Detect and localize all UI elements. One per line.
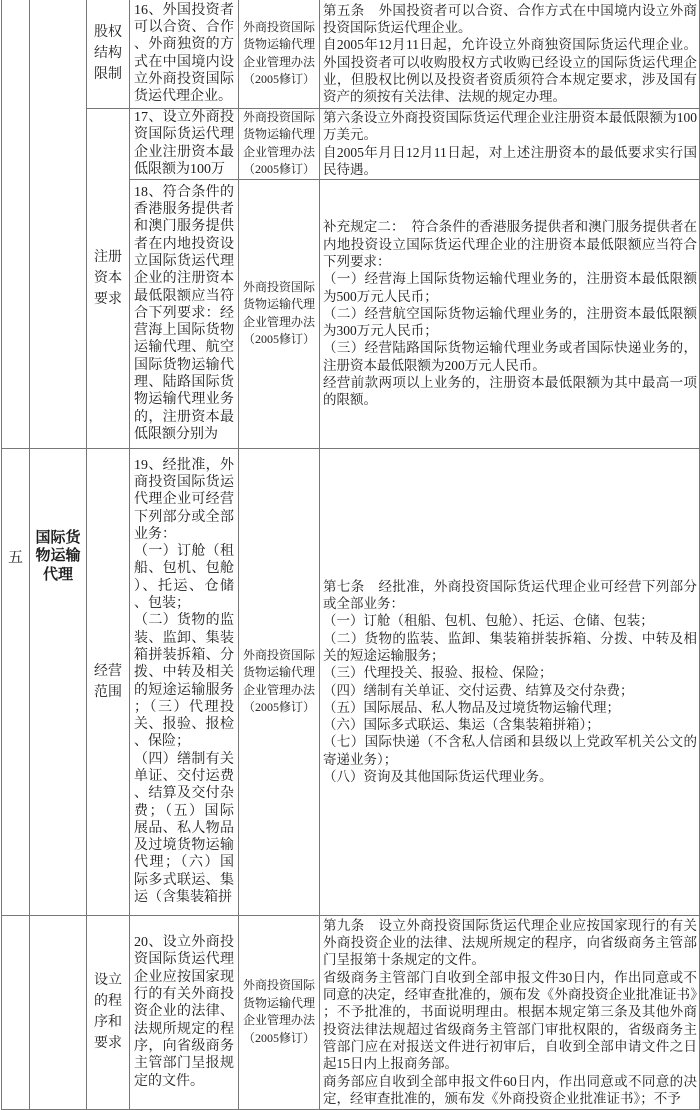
detail-text: 第五条 外国投资者可以合资、合作方式在中国境内设立外商投资国际货运代理企业。自2… xyxy=(320,2,699,106)
paragraph: （一）订舱（租船、包机、包舱）、托运、仓储、包装； xyxy=(134,543,234,612)
paragraph: （二）货物的监装、监卸、集装箱拼装拆箱、分拨、中转及相关的短途运输服务；（三）代… xyxy=(134,612,234,750)
detail-cell-17: 第六条设立外商投资国际货运代理企业注册资本最低限额为100万美元。自2005年月… xyxy=(320,108,700,179)
paragraph: 商务部应自收到全部申报文件60日内，作出同意或不同意的决定，经审查批准的，颁布发… xyxy=(323,1073,697,1108)
paragraph: 17、设立外商投资国际货运代理企业注册资本最低限额为100万 xyxy=(134,109,234,178)
category-cell-equity-structure: 股权结构限制 xyxy=(87,0,130,108)
table-row-16: 股权结构限制 16、外国投资者可以合资、合作、外商独资的方式在中国境内设立外商投… xyxy=(2,0,700,108)
paragraph: 19、经批准，外商投资国际货运代理企业可经营下列部分或全部业务： xyxy=(134,457,234,543)
detail-cell-20: 第九条 设立外商投资国际货运代理企业应按国家现行的有关外商投资企业的法律、法规所… xyxy=(320,915,700,1109)
detail-cell-16: 第五条 外国投资者可以合资、合作方式在中国境内设立外商投资国际货运代理企业。自2… xyxy=(320,0,700,108)
item-text: 17、设立外商投资国际货运代理企业注册资本最低限额为100万 xyxy=(130,109,238,178)
category-label: 股权结构限制 xyxy=(87,22,129,85)
paragraph: （六）国际多式联运、集运（含集装箱拼箱）； xyxy=(323,716,697,733)
paragraph: 18、符合条件的香港服务提供者和澳门服务提供者在内地投资设立国际货运代理企业的注… xyxy=(134,184,234,443)
source-reference: 外商投资国际货物运输代理企业管理办法（2005修订） xyxy=(239,19,319,89)
paragraph: 第九条 设立外商投资国际货运代理企业应按国家现行的有关外商投资企业的法律、法规所… xyxy=(323,917,697,969)
source-cell-19: 外商投资国际货物运输代理企业管理办法（2005修订） xyxy=(239,448,320,915)
paragraph: （五）国际展品、私人物品及过境货物运输代理； xyxy=(323,699,697,716)
section-name-cell-empty xyxy=(30,915,87,1109)
category-cell-establishment-procedure: 设立的程序和要求 xyxy=(87,915,130,1109)
source-reference: 外商投资国际货物运输代理企业管理办法（2005修订） xyxy=(239,647,319,717)
paragraph: 自2005年12月11日起，允许设立外商独资国际货运代理企业。外国投资者可以收购… xyxy=(323,36,697,105)
detail-cell-19: 第七条 经批准，外商投资国际货运代理企业可经营下列部分或全部业务：（一）订舱（租… xyxy=(320,448,700,915)
category-label: 经营范围 xyxy=(87,661,129,703)
paragraph: （三）代理投关、报验、报检、保险； xyxy=(323,664,697,681)
item-text: 18、符合条件的香港服务提供者和澳门服务提供者在内地投资设立国际货运代理企业的注… xyxy=(130,184,238,443)
paragraph: （一）经营海上国际货物运输代理业务的，注册资本最低限额为500万元人民币； xyxy=(323,270,697,305)
table-row-17: 注册资本要求 17、设立外商投资国际货运代理企业注册资本最低限额为100万 外商… xyxy=(2,108,700,179)
detail-cell-18: 补充规定二： 符合条件的香港服务提供者和澳门服务提供者在内地投资设立国际货运代理… xyxy=(320,179,700,448)
category-label: 注册资本要求 xyxy=(87,247,129,310)
paragraph: （二）货物的监装、监卸、集装箱拼装拆箱、分拨、中转及相关的短途运输服务； xyxy=(323,630,697,665)
paragraph: 20、设立外商投资国际货运代理企业应按国家现行的有关外商投资企业的法律、法规所规… xyxy=(134,934,234,1090)
detail-text: 第七条 经批准，外商投资国际货运代理企业可经营下列部分或全部业务：（一）订舱（租… xyxy=(320,578,699,786)
paragraph: （七）国际快递（不含私人信函和县级以上党政军机关公文的寄递业务）； xyxy=(323,733,697,768)
item-cell-17: 17、设立外商投资国际货运代理企业注册资本最低限额为100万 xyxy=(130,108,239,179)
source-reference: 外商投资国际货物运输代理企业管理办法（2005修订） xyxy=(239,977,319,1047)
paragraph: 省级商务主管部门自收到全部申报文件30日内，作出同意或不同意的决定，经审查批准的… xyxy=(323,969,697,1073)
section-name: 国际货物运输代理 xyxy=(30,449,86,585)
paragraph: （八）资询及其他国际货运代理业务。 xyxy=(323,768,697,785)
paragraph: 经营前款两项以上业务的，注册资本最低限额为其中最高一项的限额。 xyxy=(323,374,697,409)
paragraph: 补充规定二： 符合条件的香港服务提供者和澳门服务提供者在内地投资设立国际货运代理… xyxy=(323,218,697,270)
category-label: 设立的程序和要求 xyxy=(87,970,129,1054)
source-cell-18: 外商投资国际货物运输代理企业管理办法（2005修订） xyxy=(239,179,320,448)
paragraph: （二）经营航空国际货物运输代理业务的，注册资本最低限额为300万元人民币； xyxy=(323,305,697,340)
detail-text: 补充规定二： 符合条件的香港服务提供者和澳门服务提供者在内地投资设立国际货运代理… xyxy=(320,218,699,408)
section-index-cell-empty xyxy=(2,0,30,448)
item-text: 19、经批准，外商投资国际货运代理企业可经营下列部分或全部业务：（一）订舱（租船… xyxy=(130,457,238,907)
item-cell-20: 20、设立外商投资国际货运代理企业应按国家现行的有关外商投资企业的法律、法规所规… xyxy=(130,915,239,1109)
paragraph: （四）缮制有关单证、交付运费、结算及交付杂费；（五）国际展品、私人物品及过境货物… xyxy=(134,751,234,907)
paragraph: 第六条设立外商投资国际货运代理企业注册资本最低限额为100万美元。 xyxy=(323,109,697,144)
paragraph: 自2005年月日12月11日起，对上述注册资本的最低要求实行国民待遇。 xyxy=(323,144,697,179)
regulation-table: 股权结构限制 16、外国投资者可以合资、合作、外商独资的方式在中国境内设立外商投… xyxy=(1,0,700,1110)
source-cell-17: 外商投资国际货物运输代理企业管理办法（2005修订） xyxy=(239,108,320,179)
paragraph: （四）缮制有关单证、交付运费、结算及交付杂费； xyxy=(323,682,697,699)
paragraph: 第七条 经批准，外商投资国际货运代理企业可经营下列部分或全部业务： xyxy=(323,578,697,613)
section-name-cell: 国际货物运输代理 xyxy=(30,448,87,915)
source-reference: 外商投资国际货物运输代理企业管理办法（2005修订） xyxy=(239,279,319,349)
table-row-19: 五 国际货物运输代理 经营范围 19、经批准，外商投资国际货运代理企业可经营下列… xyxy=(2,448,700,915)
detail-text: 第六条设立外商投资国际货运代理企业注册资本最低限额为100万美元。自2005年月… xyxy=(320,109,699,178)
item-cell-19: 19、经批准，外商投资国际货运代理企业可经营下列部分或全部业务：（一）订舱（租船… xyxy=(130,448,239,915)
category-cell-registered-capital: 注册资本要求 xyxy=(87,108,130,448)
item-cell-16: 16、外国投资者可以合资、合作、外商独资的方式在中国境内设立外商投资国际货运代理… xyxy=(130,0,239,108)
paragraph: （一）订舱（租船、包机、包舱）、托运、仓储、包装； xyxy=(323,612,697,629)
source-reference: 外商投资国际货物运输代理企业管理办法（2005修订） xyxy=(239,109,319,179)
document-page: 股权结构限制 16、外国投资者可以合资、合作、外商独资的方式在中国境内设立外商投… xyxy=(0,0,700,1110)
paragraph: 第五条 外国投资者可以合资、合作方式在中国境内设立外商投资国际货运代理企业。 xyxy=(323,2,697,37)
category-cell-business-scope: 经营范围 xyxy=(87,448,130,915)
section-index-cell: 五 xyxy=(2,448,30,915)
paragraph: （三）经营陆路国际货物运输代理业务或者国际快递业务的，注册资本最低限额为200万… xyxy=(323,339,697,374)
section-index-cell-empty xyxy=(2,915,30,1109)
detail-text: 第九条 设立外商投资国际货运代理企业应按国家现行的有关外商投资企业的法律、法规所… xyxy=(320,917,699,1107)
item-text: 16、外国投资者可以合资、合作、外商独资的方式在中国境内设立外商投资国际货运代理… xyxy=(130,2,238,106)
item-text: 20、设立外商投资国际货运代理企业应按国家现行的有关外商投资企业的法律、法规所规… xyxy=(130,934,238,1090)
source-cell-16: 外商投资国际货物运输代理企业管理办法（2005修订） xyxy=(239,0,320,108)
table-row-20: 设立的程序和要求 20、设立外商投资国际货运代理企业应按国家现行的有关外商投资企… xyxy=(2,915,700,1109)
source-cell-20: 外商投资国际货物运输代理企业管理办法（2005修订） xyxy=(239,915,320,1109)
item-cell-18: 18、符合条件的香港服务提供者和澳门服务提供者在内地投资设立国际货运代理企业的注… xyxy=(130,179,239,448)
paragraph: 16、外国投资者可以合资、合作、外商独资的方式在中国境内设立外商投资国际货运代理… xyxy=(134,2,234,106)
section-name-cell-empty xyxy=(30,0,87,448)
section-index: 五 xyxy=(2,449,29,567)
